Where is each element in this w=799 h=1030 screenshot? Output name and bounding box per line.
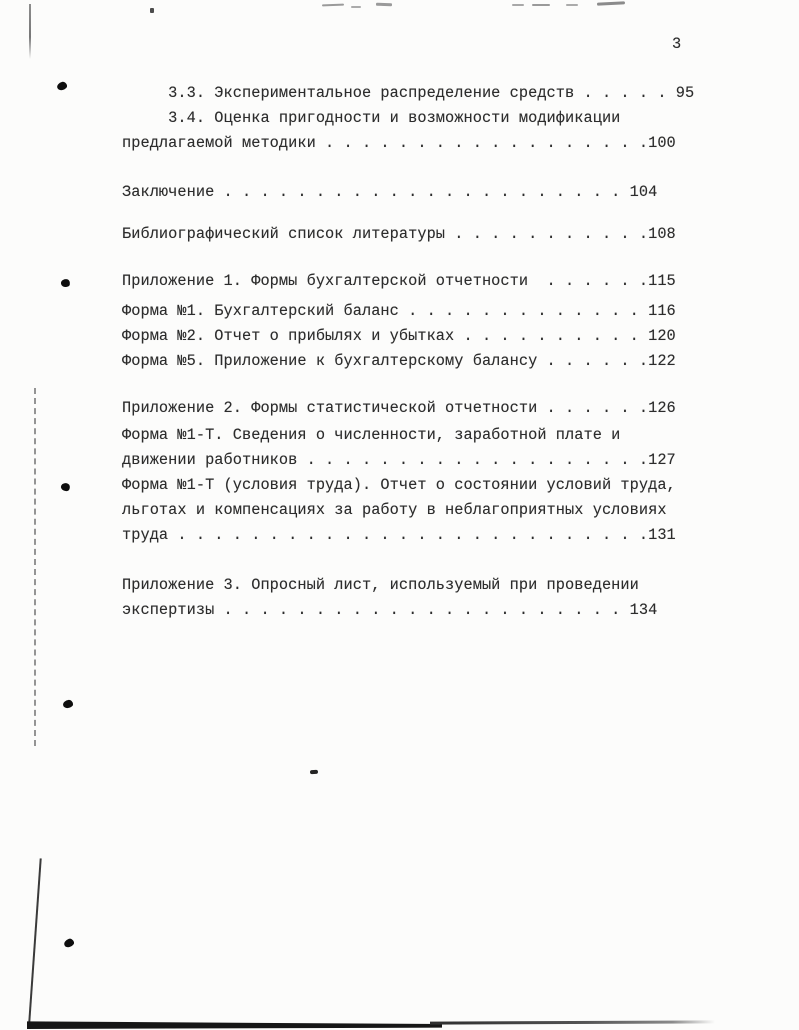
scan-smudge (597, 1, 625, 5)
toc-line: экспертизы . . . . . . . . . . . . . . .… (122, 598, 722, 623)
toc-line: Форма №2. Отчет о прибылях и убытках . .… (122, 324, 722, 349)
scan-smudge (376, 3, 392, 7)
page-number: 3 (672, 34, 681, 54)
toc-line: Приложение 1. Формы бухгалтерской отчетн… (122, 269, 722, 294)
toc-line: Библиографический список литературы . . … (122, 222, 722, 247)
toc-line: Приложение 3. Опросный лист, используемы… (122, 573, 722, 598)
scan-edge-line-bottom (28, 858, 42, 1026)
toc-line: 3.3. Экспериментальное распределение сре… (122, 81, 722, 106)
scan-edge-line-middle (34, 388, 36, 746)
scan-dash (310, 770, 318, 775)
scan-edge-line-top (29, 4, 31, 59)
table-of-contents: 3.3. Экспериментальное распределение сре… (122, 81, 722, 623)
toc-line: Форма №5. Приложение к бухгалтерскому ба… (122, 349, 722, 374)
toc-line: 3.4. Оценка пригодности и возможности мо… (122, 106, 722, 131)
toc-line: Заключение . . . . . . . . . . . . . . .… (122, 180, 722, 205)
scanned-page: 3 3.3. Экспериментальное распределение с… (0, 0, 799, 1030)
ink-blob (60, 278, 70, 287)
toc-line: Приложение 2. Формы статистической отчет… (122, 396, 722, 421)
toc-line: движении работников . . . . . . . . . . … (122, 448, 722, 473)
ink-blob (56, 81, 68, 91)
toc-line: Форма №1-Т (условия труда). Отчет о сост… (122, 473, 722, 498)
toc-line: Форма №1. Бухгалтерский баланс . . . . .… (122, 299, 722, 324)
toc-line: льготах и компенсациях за работу в небла… (122, 498, 722, 523)
scan-smudge (512, 4, 524, 6)
scan-smudge (322, 4, 344, 7)
scan-smudge (532, 4, 550, 6)
scan-bar-bottom-thin (430, 1020, 715, 1024)
scan-smudge (566, 4, 578, 6)
scan-smudge (351, 6, 361, 8)
toc-line: труда . . . . . . . . . . . . . . . . . … (122, 523, 722, 548)
ink-blob (60, 481, 72, 492)
ink-blob (63, 938, 75, 949)
scan-bar-bottom (27, 1020, 442, 1029)
toc-line: Форма №1-Т. Сведения о численности, зара… (122, 423, 722, 448)
scan-speck (150, 8, 154, 13)
ink-blob (62, 699, 73, 708)
toc-line: предлагаемой методики . . . . . . . . . … (122, 131, 722, 156)
